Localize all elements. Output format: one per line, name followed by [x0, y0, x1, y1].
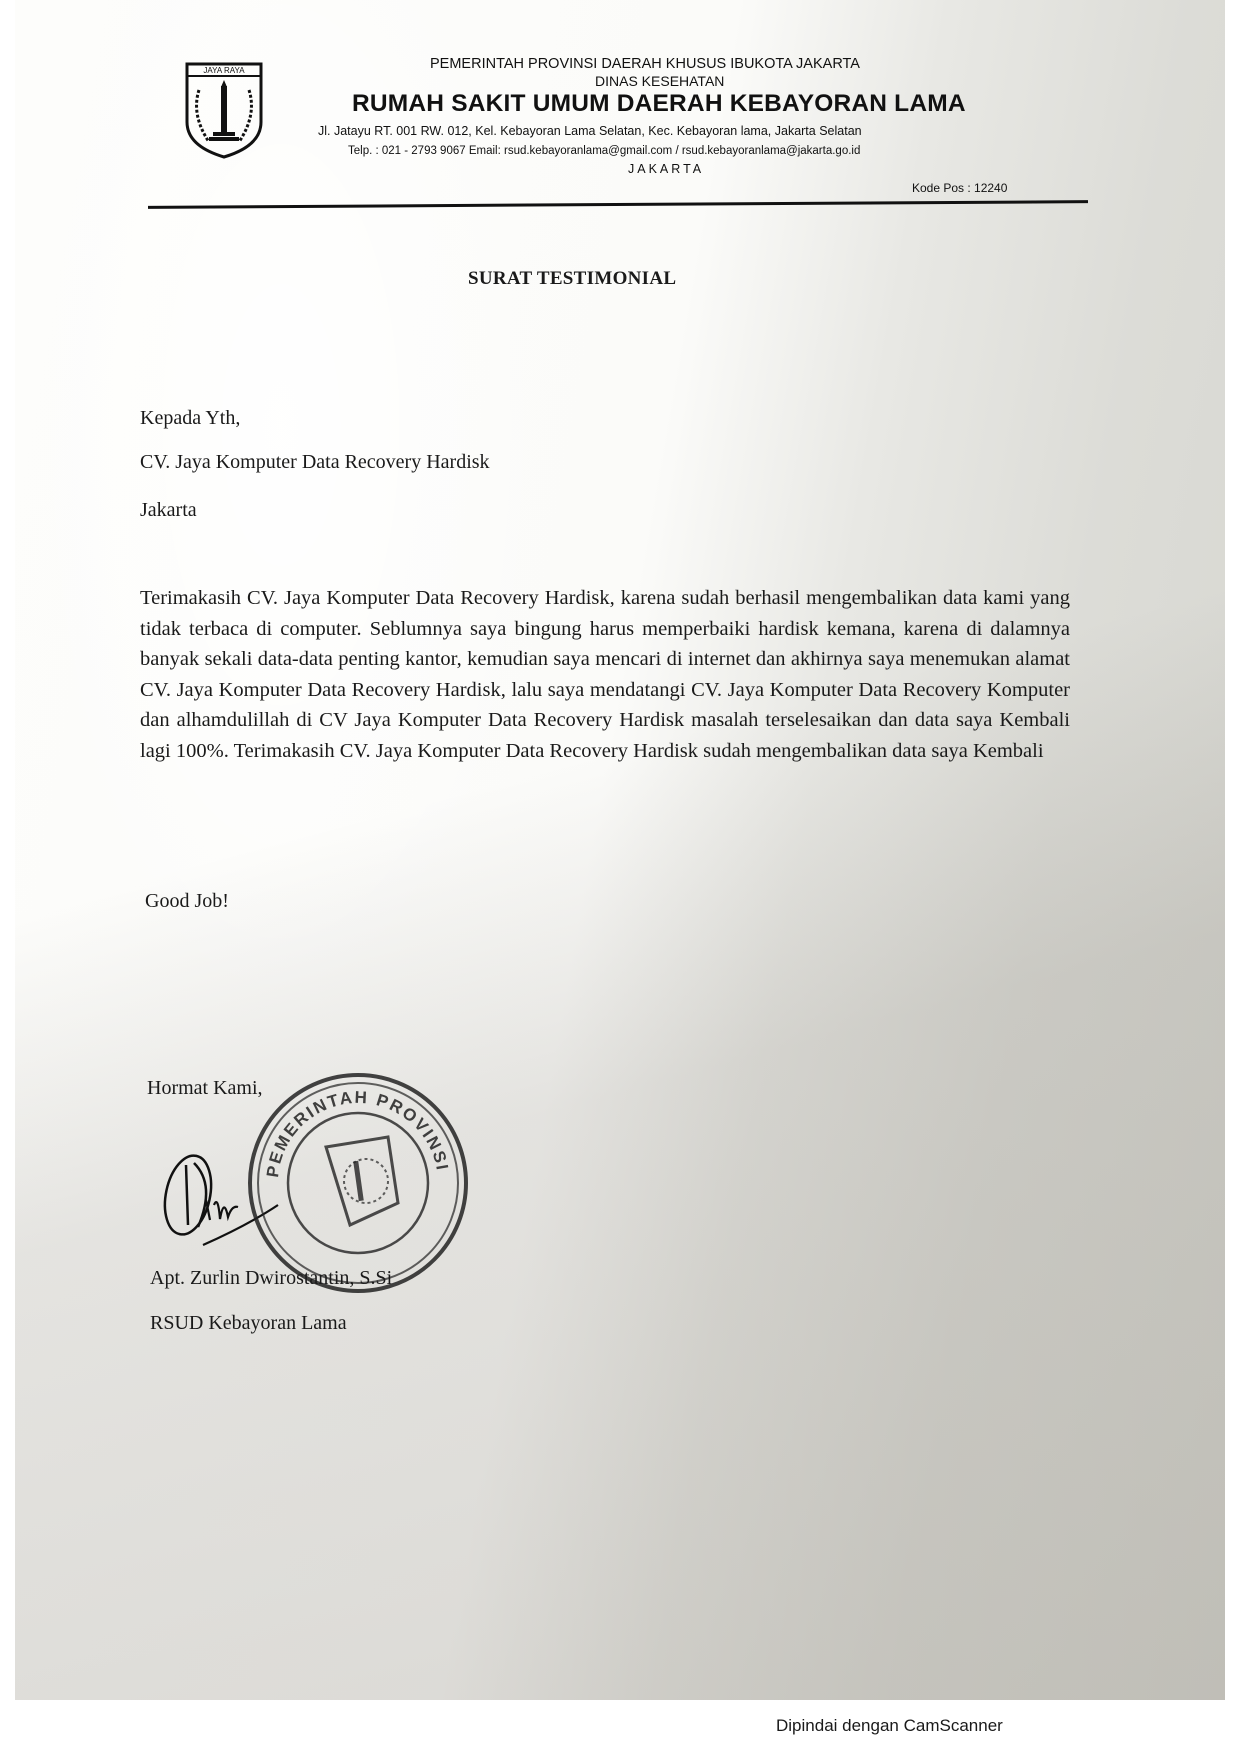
letterhead-postal-code: Kode Pos : 12240: [912, 181, 1007, 195]
scanned-page: [15, 0, 1225, 1700]
letterhead-government: PEMERINTAH PROVINSI DAERAH KHUSUS IBUKOT…: [430, 56, 860, 72]
shadow-overlay: [15, 0, 1225, 1700]
letterhead-city: JAKARTA: [628, 162, 704, 176]
letterhead-contact: Telp. : 021 - 2793 9067 Email: rsud.keba…: [348, 145, 860, 157]
jakarta-crest-logo-icon: JAYA RAYA: [183, 60, 265, 160]
letter-title: SURAT TESTIMONIAL: [468, 268, 676, 290]
letterhead-institution: RUMAH SAKIT UMUM DAERAH KEBAYORAN LAMA: [352, 90, 966, 118]
letter-body: Terimakasih CV. Jaya Komputer Data Recov…: [140, 583, 1070, 766]
scanner-watermark: Dipindai dengan CamScanner: [776, 1716, 1003, 1736]
letterhead-address: Jl. Jatayu RT. 001 RW. 012, Kel. Kebayor…: [318, 124, 862, 138]
recipient-name: CV. Jaya Komputer Data Recovery Hardisk: [140, 451, 490, 474]
recipient-salutation: Kepada Yth,: [140, 407, 240, 430]
letterhead-department: DINAS KESEHATAN: [595, 73, 724, 89]
svg-text:JAYA RAYA: JAYA RAYA: [203, 66, 245, 75]
recipient-city: Jakarta: [140, 499, 197, 522]
signatory-organization: RSUD Kebayoran Lama: [150, 1312, 347, 1335]
signatory-name: Apt. Zurlin Dwirostantin, S.Si: [150, 1267, 392, 1290]
light-overlay: [15, 0, 1225, 1700]
closing-remark: Good Job!: [145, 890, 229, 913]
